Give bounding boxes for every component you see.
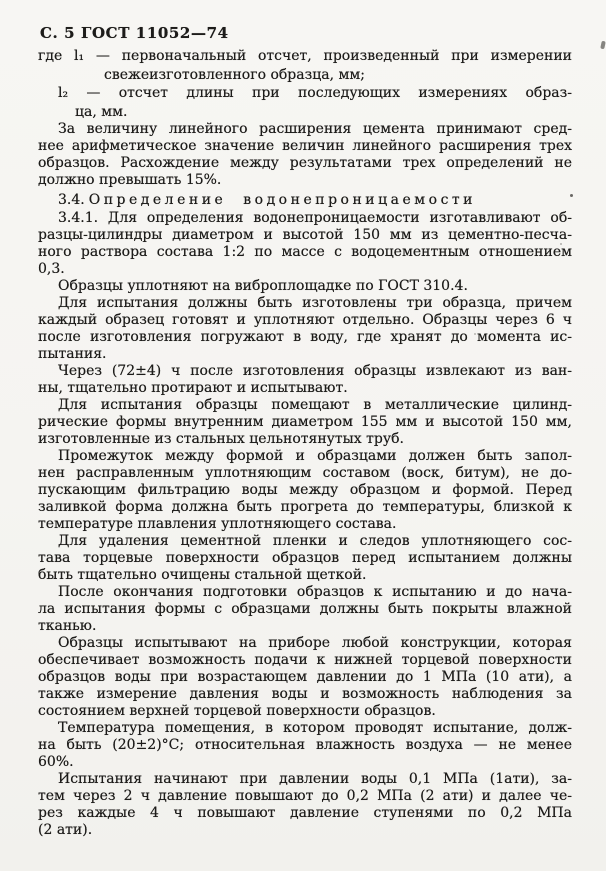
scan-speck: [600, 41, 606, 50]
text-line: температуре плавления уплотняющего соста…: [38, 516, 572, 533]
text-line: пытания.: [38, 346, 572, 363]
text-line: (2 ати).: [38, 822, 572, 839]
text-line: ца, мм.: [38, 103, 572, 122]
text-line: Образцы испытывают на приборе любой конс…: [38, 635, 572, 652]
text-line: Образцы уплотняют на виброплощадке по ГО…: [38, 278, 572, 295]
text-line: За величину линейного расширения цемента…: [38, 121, 572, 138]
text-line: изготовленные из стальных цельнотянутых …: [38, 431, 572, 448]
text-line: Температура помещения, в котором проводя…: [38, 720, 572, 737]
text-line: 0,3.: [38, 261, 572, 278]
text-line: после изготовления погружают в воду, где…: [38, 329, 572, 346]
text-line: должно превышать 15%.: [38, 172, 572, 189]
text-line: нее арифметическое значение величин лине…: [38, 138, 572, 155]
text-line: Испытания начинают при давлении воды 0,1…: [38, 771, 572, 788]
text-line: также измерение давления воды и возможно…: [38, 686, 572, 703]
document-body: где l₁ — первоначальный отсчет, произвед…: [38, 47, 572, 839]
page-header: С. 5 ГОСТ 11052—74: [40, 24, 229, 42]
section-heading-title: Определение водонепроницаемости: [89, 192, 476, 208]
text-line: обеспечивает возможность подачи к нижней…: [38, 652, 572, 669]
text-line: рез каждые 4 ч повышают давление ступеня…: [38, 805, 572, 822]
text-line: на быть (20±2)°С; относительная влажност…: [38, 737, 572, 754]
scanned-page: С. 5 ГОСТ 11052—74 где l₁ — первоначальн…: [0, 0, 606, 871]
text-line: Промежуток между формой и образцами долж…: [38, 448, 572, 465]
section-heading-number: 3.4.: [58, 192, 85, 208]
scan-speck: [570, 194, 573, 197]
text-line: образцов. Расхождение между результатами…: [38, 155, 572, 172]
text-line: пускающим фильтрацию воды между образцом…: [38, 482, 572, 499]
text-line: ла испытания формы с образцами должны бы…: [38, 601, 572, 618]
text-line: Для испытания должны быть изготовлены тр…: [38, 295, 572, 312]
text-line: быть тщательно очищены стальной щеткой.: [38, 567, 572, 584]
section-heading: 3.4.Определение водонепроницаемости: [38, 192, 572, 209]
text-line: заливкой форма должна быть прогрета до т…: [38, 499, 572, 516]
text-line: разцы-цилиндры диаметром и высотой 150 м…: [38, 227, 572, 244]
text-line: нен расправленным уплотняющим составом (…: [38, 465, 572, 482]
text-line: ны, тщательно протирают и испытывают.: [38, 380, 572, 397]
text-line: тканью.: [38, 618, 572, 635]
text-line: состоянием верхней торцевой поверхности …: [38, 703, 572, 720]
text-line: рические формы внутренним диаметром 155 …: [38, 414, 572, 431]
text-line: каждый образец готовят и уплотняют отдел…: [38, 312, 572, 329]
text-line: После окончания подготовки образцов к ис…: [38, 584, 572, 601]
scan-speck: [474, 333, 476, 335]
text-line: Для удаления цементной пленки и следов у…: [38, 533, 572, 550]
text-line: тава торцевые поверхности образцов перед…: [38, 550, 572, 567]
text-line: Для испытания образцы помещают в металли…: [38, 397, 572, 414]
text-line: 60%.: [38, 754, 572, 771]
text-line: тем через 2 ч давление повышают до 0,2 М…: [38, 788, 572, 805]
text-line: Через (72±4) ч после изготовления образц…: [38, 363, 572, 380]
text-line: свежеизготовленного образца, мм;: [38, 66, 572, 85]
text-line: образцов воды при возрастающем давлении …: [38, 669, 572, 686]
text-line: ного раствора состава 1:2 по массе с вод…: [38, 244, 572, 261]
scan-speck: [560, 243, 562, 245]
text-line: l₂ — отсчет длины при последующих измере…: [38, 84, 572, 103]
text-line: 3.4.1. Для определения водонепроницаемос…: [38, 210, 572, 227]
text-line: где l₁ — первоначальный отсчет, произвед…: [38, 47, 572, 66]
